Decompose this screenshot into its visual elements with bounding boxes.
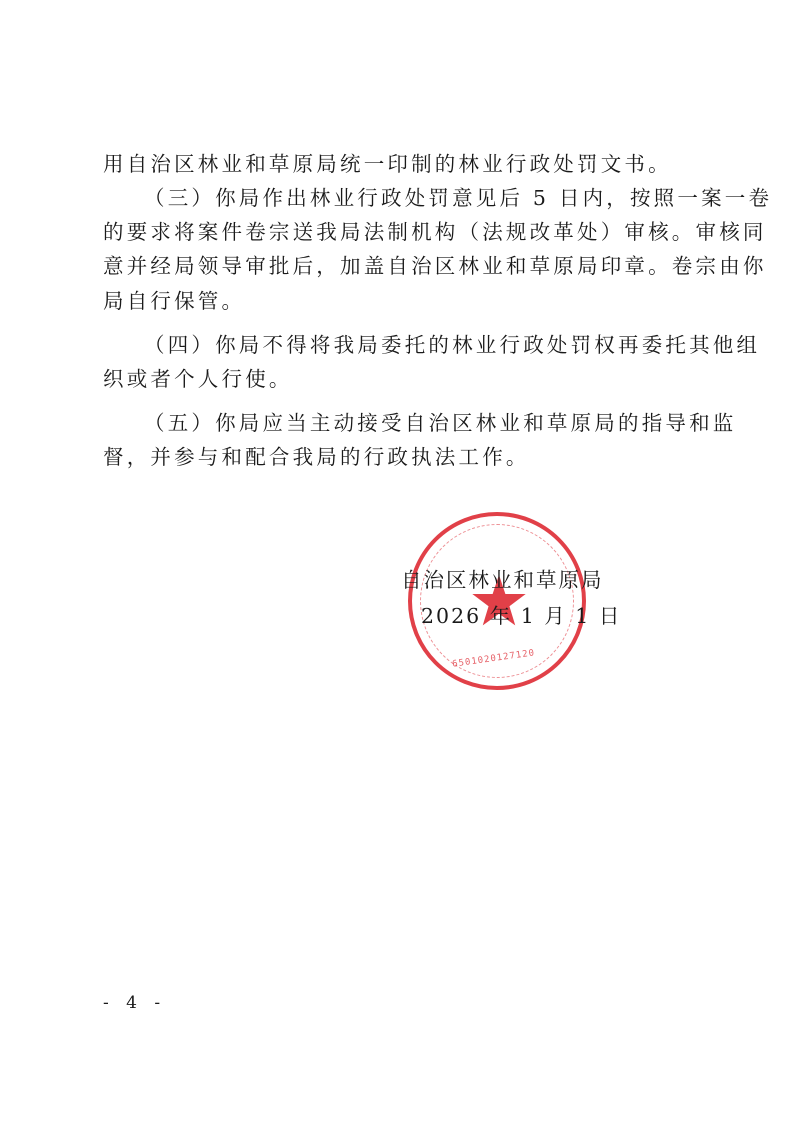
body-line: 的要求将案件卷宗送我局法制机构（法规改革处）审核。审核同 [103, 217, 767, 247]
body-line: 督，并参与和配合我局的行政执法工作。 [103, 442, 530, 472]
body-line: （五）你局应当主动接受自治区林业和草原局的指导和监 [144, 408, 737, 438]
body-line: 织或者个人行使。 [103, 364, 293, 394]
body-line: 用自治区林业和草原局统一印制的林业行政处罚文书。 [103, 149, 672, 179]
signature-organization: 自治区林业和草原局 [401, 563, 604, 593]
body-line: 局自行保管。 [103, 286, 245, 316]
page-number: - 4 - [103, 993, 166, 1013]
body-line: （四）你局不得将我局委托的林业行政处罚权再委托其他组 [144, 330, 760, 360]
body-line: 意并经局领导审批后，加盖自治区林业和草原局印章。卷宗由你 [103, 251, 767, 281]
body-line: （三）你局作出林业行政处罚意见后 5 日内，按照一案一卷 [144, 183, 772, 213]
signature-date: 2026 年 1 月 1 日 [421, 599, 621, 629]
